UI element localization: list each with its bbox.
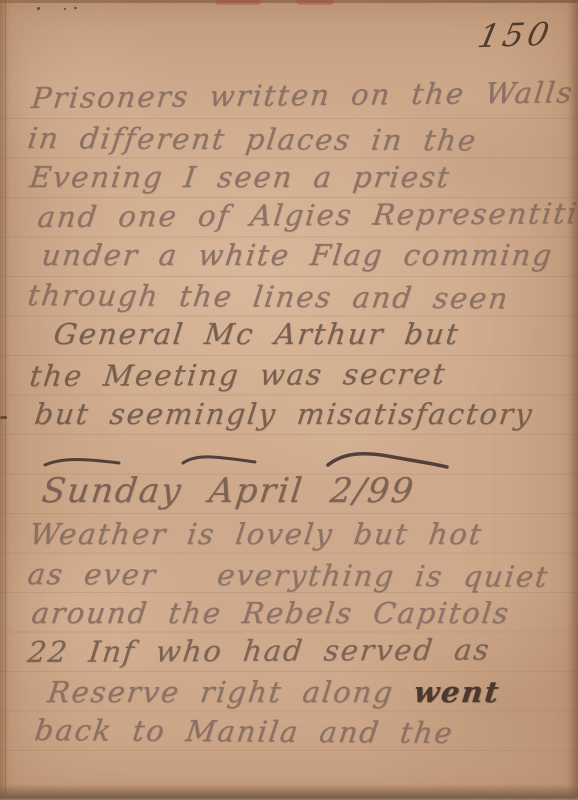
ink-speck [74,7,77,9]
handwritten-line: the Meeting was secret [28,360,448,391]
handwritten-line: under a white Flag comming [40,241,555,270]
overwritten-word: went [412,675,502,709]
red-edge-smudge [215,0,261,5]
page-right-edge [567,0,578,800]
red-edge-smudge [296,0,334,5]
handwritten-line: Evening I seen a priest [28,163,452,192]
handwritten-line: Weather is lovely but hot [28,520,484,549]
handwritten-line: 22 Inf who had served as [26,636,492,667]
page-bottom-edge [0,784,578,800]
handwritten-line: Prisoners written on the Walls [30,78,575,113]
handwritten-line: through the lines and seen [26,281,511,313]
handwritten-line: Reserve right along went [46,678,502,707]
handwritten-line: in different places in the [26,124,479,155]
page-top-edge [0,0,578,3]
diary-page-scan: 150 Prisoners written on the Walls in di… [0,0,578,800]
entry-date-line: Sunday April 2/99 [40,474,417,508]
page-number: 150 [475,15,557,56]
handwritten-line: back to Manila and the [33,716,456,748]
page-left-edge [0,0,10,800]
ink-speck [64,8,66,10]
handwritten-line: and one of Algies Representitive [36,199,578,232]
ink-speck [37,7,40,10]
handwritten-line: as ever everything is quiet [26,560,551,592]
handwritten-line: General Mc Arthur but [52,320,461,349]
handwritten-line: around the Rebels Capitols [30,599,512,628]
handwritten-line: but seemingly misatisfactory [33,400,535,429]
handwritten-text: Reserve right along [46,675,417,709]
